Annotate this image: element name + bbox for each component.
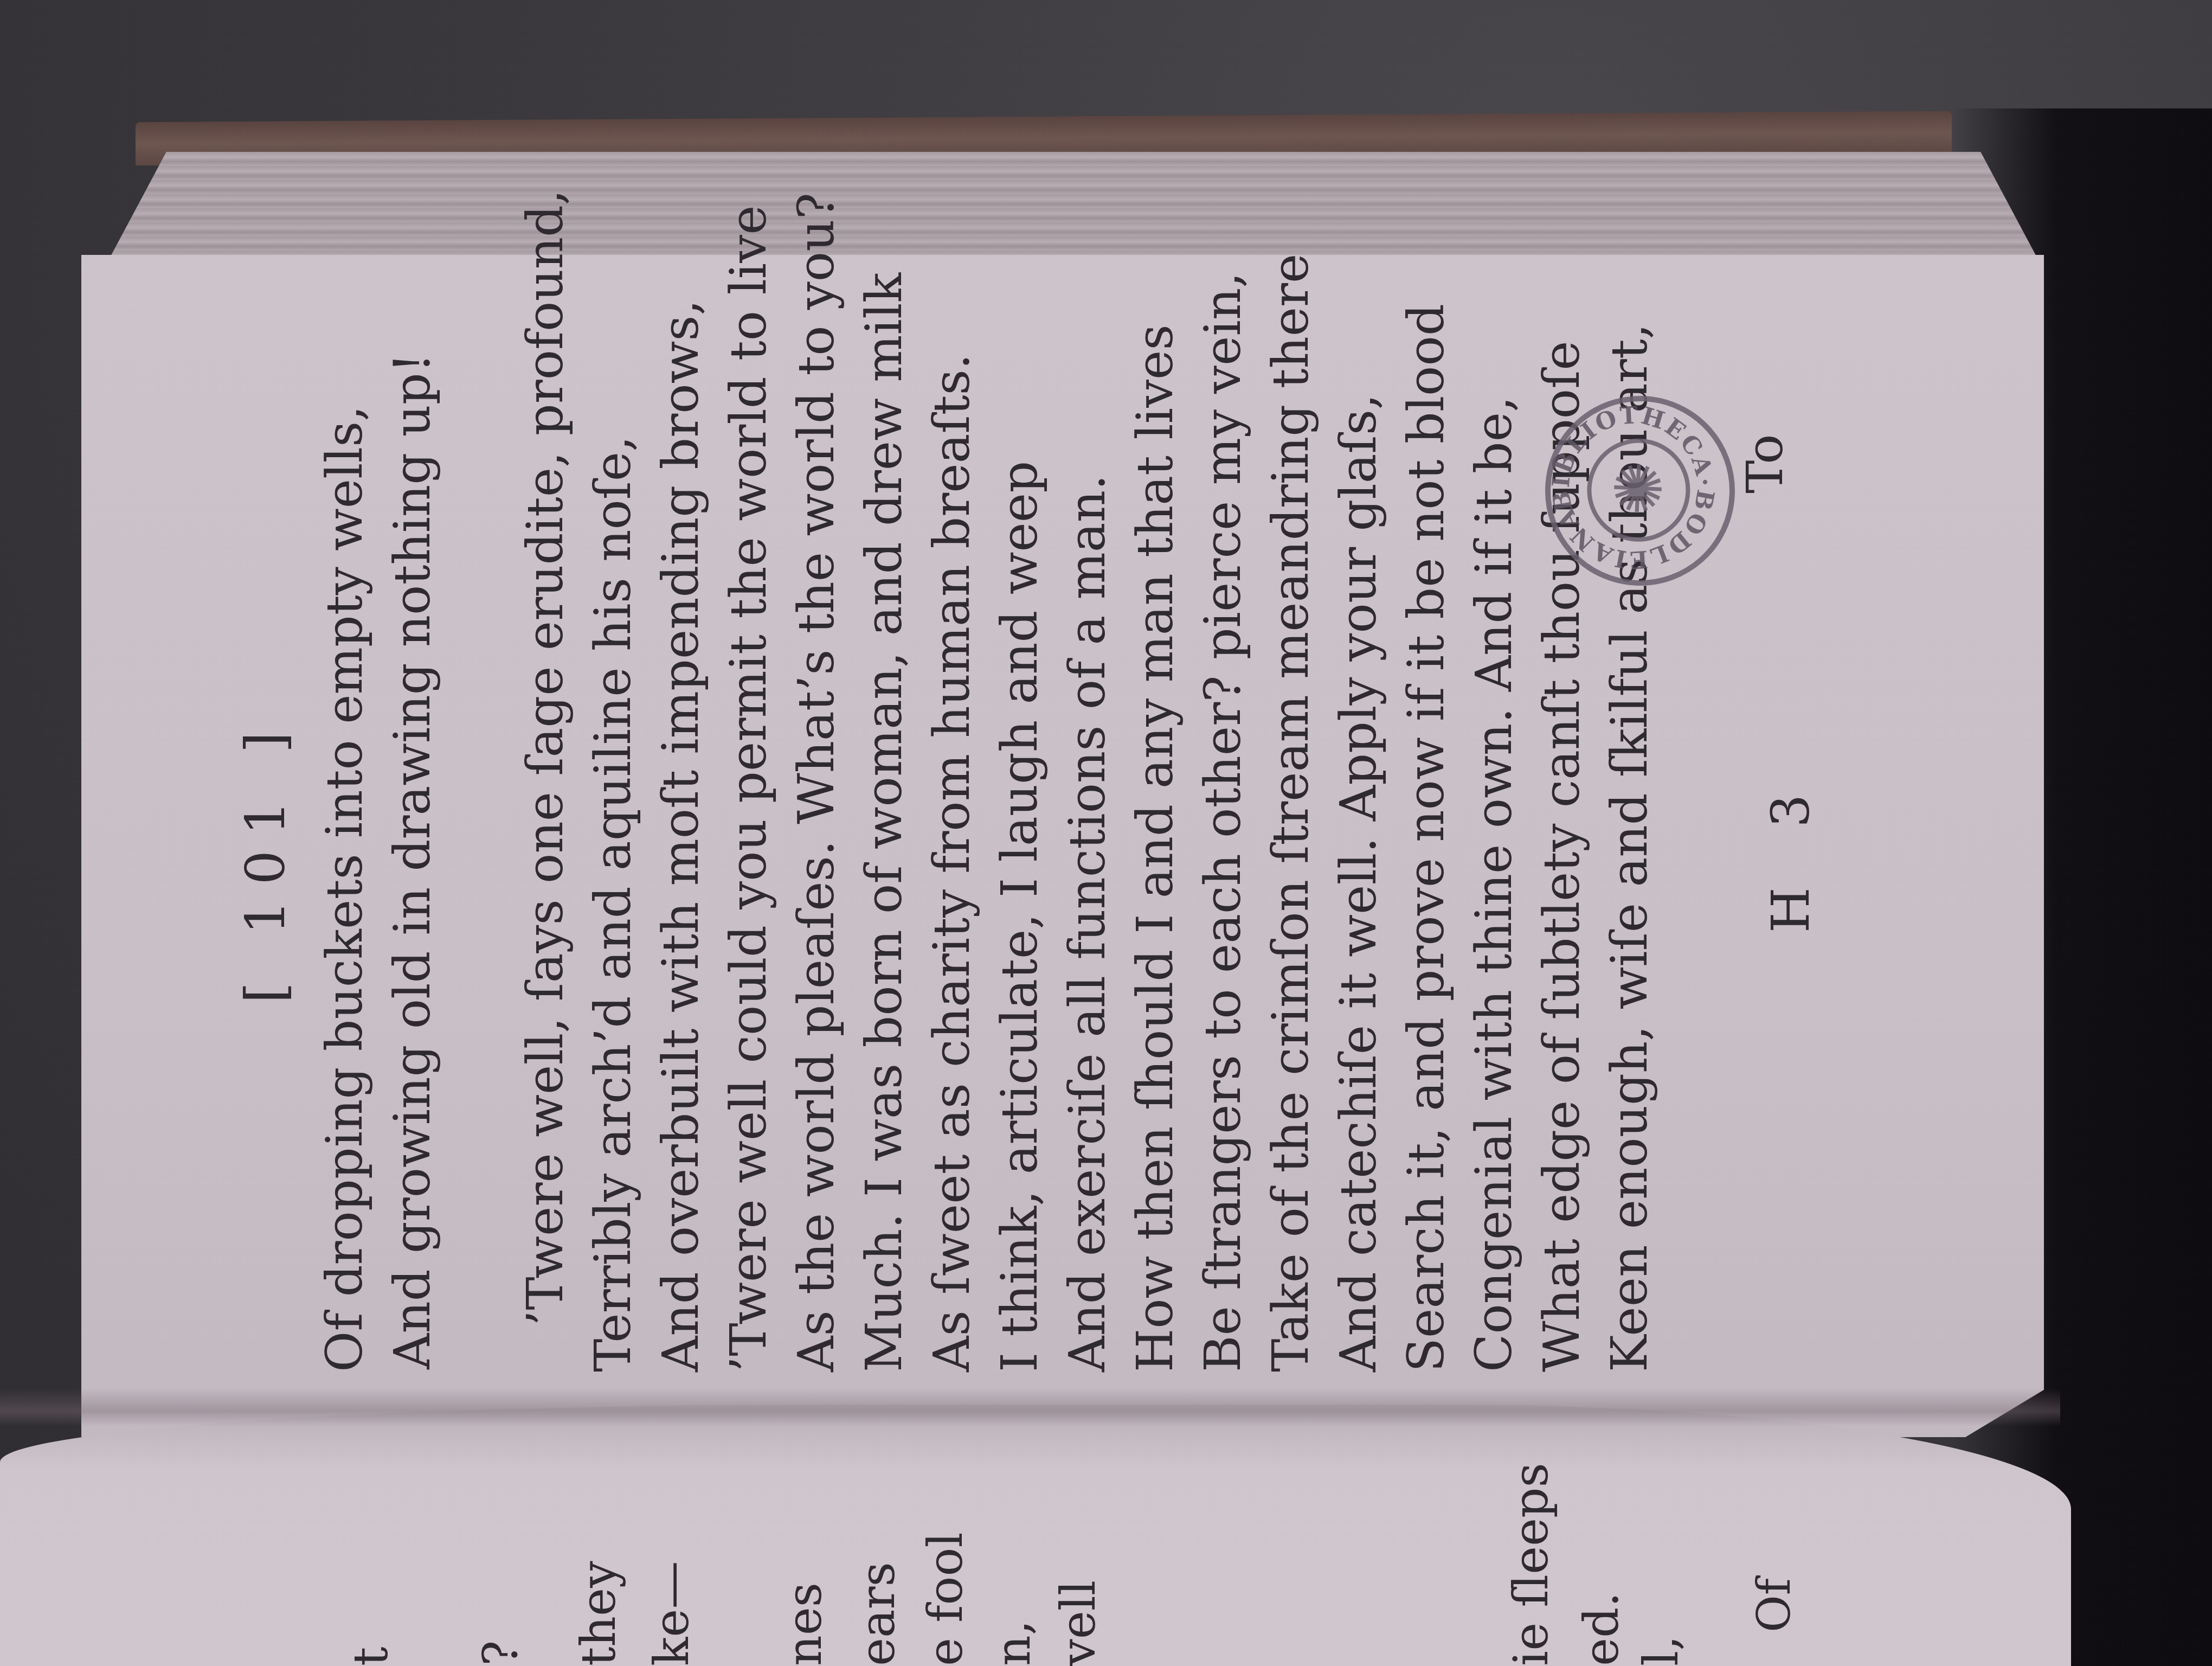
text-line: ’Twere well could you permit the world t…	[724, 205, 774, 1372]
left-page-fragment: they	[575, 1561, 622, 1666]
text-line: And catechiſe it well. Apply your glaſs,	[1334, 394, 1384, 1372]
text-line: Congenial with thine own. And if it be,	[1469, 396, 1519, 1372]
page-edges-stack	[108, 152, 2039, 260]
left-page-catchword: Of	[1751, 1578, 1797, 1632]
left-page-fragment: n,	[989, 1620, 1037, 1666]
text-line: I think, articulate, I laugh and weep	[995, 461, 1045, 1372]
text-line: ’Twere well, ſays one ſage erudite, prof…	[520, 189, 570, 1326]
left-page-fragment: vell	[1054, 1580, 1102, 1666]
left-page-fragment: ed.	[1578, 1592, 1625, 1666]
left-page-fragment: ?	[477, 1641, 525, 1666]
text-line: And overbuilt with moſt impending brows,	[656, 299, 706, 1372]
left-page-fragment: ie ſleeps	[1507, 1463, 1555, 1666]
catchword: To	[1740, 434, 1790, 494]
text-line: Of dropping buckets into empty wells,	[320, 406, 370, 1372]
text-line: Search it, and prove now if it be not bl…	[1401, 304, 1451, 1372]
text-line: Take of the crimſon ſtream meandring the…	[1266, 253, 1316, 1372]
text-line: How then ſhould I and any man that lives	[1130, 324, 1180, 1372]
left-page-fragment: t	[347, 1647, 395, 1666]
left-page-fragment: e fool	[922, 1532, 969, 1666]
left-page-fragment: nes	[781, 1582, 828, 1666]
text-line: And growing old in drawing nothing up!	[388, 353, 438, 1369]
book-gutter	[0, 1388, 2060, 1426]
text-line: Much. I was born of woman, and drew milk	[859, 273, 909, 1372]
text-line: Be ſtrangers to each other? pierce my ve…	[1198, 272, 1248, 1372]
text-line: And exerciſe all functions of a man.	[1063, 475, 1113, 1372]
text-line: As the world pleaſes. What’s the world t…	[792, 193, 841, 1372]
page-number-header: [ 101 ]	[239, 717, 293, 1003]
left-page-fragment: l,	[1637, 1636, 1685, 1666]
printer-signature-mark: H 3	[1765, 773, 1817, 933]
left-page-fragment: ears	[854, 1562, 902, 1666]
text-line: As ſweet as charity from human breaſts.	[927, 354, 977, 1372]
left-page-fragment: ke—	[648, 1561, 696, 1666]
text-line: Terribly arch’d and aquiline his noſe,	[588, 435, 638, 1372]
